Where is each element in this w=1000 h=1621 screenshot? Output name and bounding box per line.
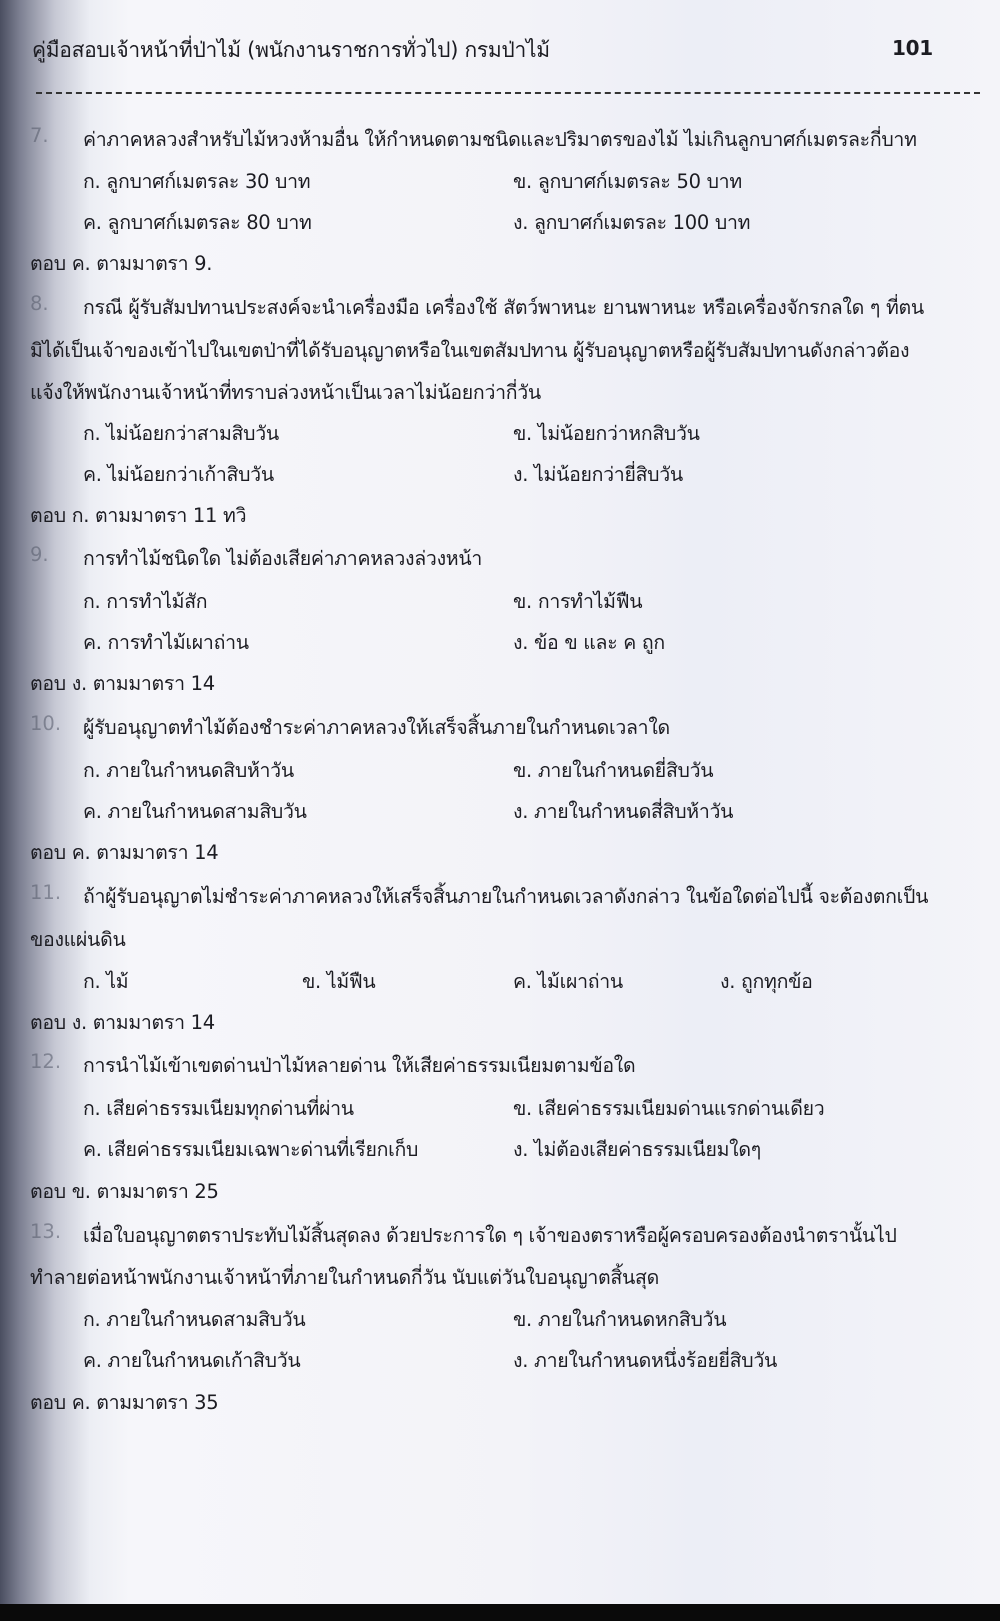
option-c: ค. ไม้เผาถ่าน [513, 966, 623, 997]
option-c: ค. เสียค่าธรรมเนียมเฉพาะด่านที่เรียกเก็บ [83, 1134, 418, 1165]
option-c: ค. ไม่น้อยกว่าเก้าสิบวัน [83, 459, 274, 490]
question-number: 13. [30, 1220, 61, 1243]
scan-edge [0, 1604, 1000, 1621]
question-text: การนำไม้เข้าเขตด่านป่าไม้หลายด่าน ให้เสี… [83, 1050, 635, 1081]
question-text: เมื่อใบอนุญาตตราประทับไม้สิ้นสุดลง ด้วยป… [83, 1220, 897, 1251]
answer: ตอบ ค. ตามมาตรา 9. [30, 248, 212, 279]
option-a: ก. ภายในกำหนดสิบห้าวัน [83, 755, 294, 786]
header-divider [36, 92, 980, 94]
question-text: กรณี ผู้รับสัมปทานประสงค์จะนำเครื่องมือ … [83, 292, 924, 323]
option-d: ง. ภายในกำหนดหนึ่งร้อยยี่สิบวัน [513, 1345, 777, 1376]
question-text: ของแผ่นดิน [30, 924, 125, 955]
header-title: คู่มือสอบเจ้าหน้าที่ป่าไม้ (พนักงานราชกา… [32, 34, 550, 67]
page-number: 101 [892, 36, 933, 60]
option-b: ข. ภายในกำหนดยี่สิบวัน [513, 755, 713, 786]
question-text: ผู้รับอนุญาตทำไม้ต้องชำระค่าภาคหลวงให้เส… [83, 712, 670, 743]
option-a: ก. ภายในกำหนดสามสิบวัน [83, 1304, 305, 1335]
option-b: ข. เสียค่าธรรมเนียมด่านแรกด่านเดียว [513, 1093, 824, 1124]
option-a: ก. ไม้ [83, 966, 128, 997]
option-a: ก. การทำไม้สัก [83, 586, 207, 617]
answer: ตอบ ค. ตามมาตรา 35 [30, 1387, 218, 1418]
option-d: ง. ข้อ ข และ ค ถูก [513, 627, 665, 658]
answer: ตอบ ง. ตามมาตรา 14 [30, 1007, 215, 1038]
option-d: ง. ไม่น้อยกว่ายี่สิบวัน [513, 459, 683, 490]
question-text: แจ้งให้พนักงานเจ้าหน้าที่ทราบล่วงหน้าเป็… [30, 377, 541, 408]
question-number: 7. [30, 124, 49, 147]
option-d: ง. ภายในกำหนดสี่สิบห้าวัน [513, 796, 733, 827]
option-a: ก. ไม่น้อยกว่าสามสิบวัน [83, 418, 279, 449]
option-c: ค. การทำไม้เผาถ่าน [83, 627, 249, 658]
question-text: ค่าภาคหลวงสำหรับไม้หวงห้ามอื่น ให้กำหนดต… [83, 124, 917, 155]
option-d: ง. ไม่ต้องเสียค่าธรรมเนียมใดๆ [513, 1134, 761, 1165]
option-a: ก. เสียค่าธรรมเนียมทุกด่านที่ผ่าน [83, 1093, 354, 1124]
question-number: 10. [30, 712, 61, 735]
option-b: ข. การทำไม้ฟืน [513, 586, 642, 617]
option-c: ค. ลูกบาศก์เมตรละ 80 บาท [83, 207, 312, 238]
question-number: 12. [30, 1050, 61, 1073]
book-page: คู่มือสอบเจ้าหน้าที่ป่าไม้ (พนักงานราชกา… [0, 0, 1000, 1604]
option-d: ง. ลูกบาศก์เมตรละ 100 บาท [513, 207, 750, 238]
question-text: ทำลายต่อหน้าพนักงานเจ้าหน้าที่ภายในกำหนด… [30, 1262, 659, 1293]
option-a: ก. ลูกบาศก์เมตรละ 30 บาท [83, 166, 310, 197]
answer: ตอบ ค. ตามมาตรา 14 [30, 837, 218, 868]
option-b: ข. ลูกบาศก์เมตรละ 50 บาท [513, 166, 742, 197]
answer: ตอบ ง. ตามมาตรา 14 [30, 668, 215, 699]
question-text: ถ้าผู้รับอนุญาตไม่ชำระค่าภาคหลวงให้เสร็จ… [83, 881, 928, 912]
answer: ตอบ ข. ตามมาตรา 25 [30, 1176, 219, 1207]
question-number: 9. [30, 543, 49, 566]
answer: ตอบ ก. ตามมาตรา 11 ทวิ [30, 500, 246, 531]
option-c: ค. ภายในกำหนดสามสิบวัน [83, 796, 307, 827]
question-number: 8. [30, 292, 49, 315]
option-c: ค. ภายในกำหนดเก้าสิบวัน [83, 1345, 300, 1376]
option-b: ข. ภายในกำหนดหกสิบวัน [513, 1304, 726, 1335]
question-text: การทำไม้ชนิดใด ไม่ต้องเสียค่าภาคหลวงล่วง… [83, 543, 482, 574]
question-text: มิได้เป็นเจ้าของเข้าไปในเขตป่าที่ได้รับอ… [30, 335, 909, 366]
option-b: ข. ไม่น้อยกว่าหกสิบวัน [513, 418, 700, 449]
option-d: ง. ถูกทุกข้อ [720, 966, 813, 997]
option-b: ข. ไม้ฟืน [302, 966, 375, 997]
question-number: 11. [30, 881, 61, 904]
